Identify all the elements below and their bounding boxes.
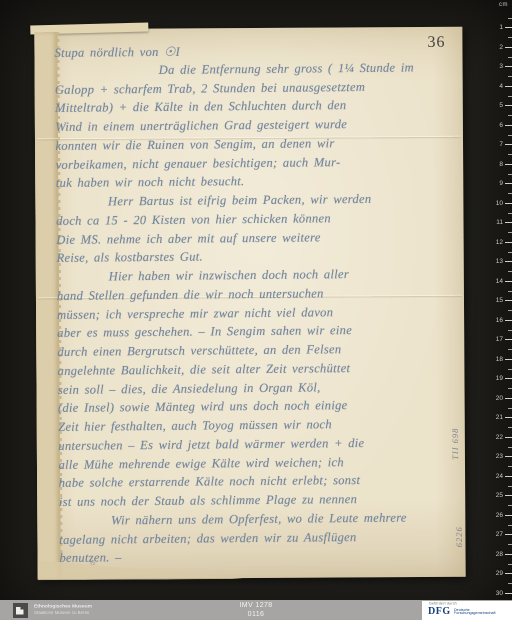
ruler-mark: 11 bbox=[494, 219, 512, 226]
ruler-tick bbox=[505, 593, 512, 594]
ruler-tick bbox=[505, 417, 512, 418]
ruler-number: 4 bbox=[494, 83, 503, 90]
ruler-half-tick bbox=[508, 232, 512, 233]
ruler-mark: 17 bbox=[494, 336, 512, 343]
ruler-tick bbox=[505, 378, 512, 379]
ruler-mark: 21 bbox=[494, 414, 512, 421]
ruler-half-tick bbox=[508, 252, 512, 253]
ruler-tick bbox=[505, 456, 512, 457]
ruler-mark: 7 bbox=[494, 141, 512, 148]
ruler-number: 21 bbox=[494, 414, 503, 421]
ruler-mark: 15 bbox=[494, 297, 512, 304]
ruler-number: 15 bbox=[494, 297, 503, 304]
ruler-half-tick bbox=[508, 447, 512, 448]
ruler-mark: 10 bbox=[494, 200, 512, 207]
ruler-number: 22 bbox=[494, 434, 503, 441]
dfg-logo: DFG Deutsche Forschungsgemeinschaft bbox=[428, 607, 512, 617]
ruler-mark: 8 bbox=[494, 161, 512, 168]
ruler-half-tick bbox=[508, 388, 512, 389]
scan-viewport: 36 Stupa nördlich von ☉IDa die Entfernun… bbox=[0, 0, 512, 620]
ruler-mark: 3 bbox=[494, 63, 512, 70]
ruler-mark: 27 bbox=[494, 531, 512, 538]
ruler-half-tick bbox=[508, 369, 512, 370]
ruler-tick bbox=[505, 534, 512, 535]
ruler-mark: 24 bbox=[494, 473, 512, 480]
ruler-tick bbox=[505, 495, 512, 496]
dfg-panel: Gefördert durch DFG Deutsche Forschungsg… bbox=[422, 601, 512, 620]
ruler-half-tick bbox=[508, 310, 512, 311]
ruler-tick bbox=[505, 125, 512, 126]
ruler-tick bbox=[505, 281, 512, 282]
dfg-name: Deutsche Forschungsgemeinschaft bbox=[454, 609, 496, 615]
ruler-half-tick bbox=[508, 76, 512, 77]
ruler-half-tick bbox=[508, 486, 512, 487]
ruler-half-tick bbox=[508, 505, 512, 506]
ruler-mark: 16 bbox=[494, 317, 512, 324]
ruler-number: 25 bbox=[494, 492, 503, 499]
ruler: cm 1234567891011121314151617181920212223… bbox=[486, 0, 512, 598]
ruler-number: 29 bbox=[494, 570, 503, 577]
ruler-half-tick bbox=[508, 525, 512, 526]
ruler-tick bbox=[505, 203, 512, 204]
ruler-mark: 19 bbox=[494, 375, 512, 382]
ruler-tick bbox=[505, 144, 512, 145]
ruler-tick bbox=[505, 183, 512, 184]
ruler-tick bbox=[505, 164, 512, 165]
ruler-number: 8 bbox=[494, 161, 503, 168]
funding-label: Gefördert durch bbox=[429, 602, 457, 605]
ruler-half-tick bbox=[508, 466, 512, 467]
ruler-number: 24 bbox=[494, 473, 503, 480]
ruler-tick bbox=[505, 339, 512, 340]
ruler-mark: 25 bbox=[494, 492, 512, 499]
ruler-number: 9 bbox=[494, 180, 503, 187]
ruler-mark: 2 bbox=[494, 44, 512, 51]
pencil-note-bottom-left: ½ bbox=[90, 559, 96, 567]
letter-text: Stupa nördlich von ☉IDa die Entfernung s… bbox=[55, 41, 463, 570]
dfg-acronym: DFG bbox=[428, 607, 451, 617]
ruler-tick bbox=[505, 242, 512, 243]
ruler-half-tick bbox=[508, 330, 512, 331]
ruler-mark: 18 bbox=[494, 356, 512, 363]
ruler-tick bbox=[505, 320, 512, 321]
ruler-number: 20 bbox=[494, 395, 503, 402]
ruler-half-tick bbox=[508, 193, 512, 194]
ruler-half-tick bbox=[508, 57, 512, 58]
ruler-mark: 13 bbox=[494, 258, 512, 265]
ruler-tick bbox=[505, 554, 512, 555]
ruler-mark: 22 bbox=[494, 434, 512, 441]
ruler-tick bbox=[505, 515, 512, 516]
ruler-number: 13 bbox=[494, 258, 503, 265]
ruler-number: 19 bbox=[494, 375, 503, 382]
ruler-half-tick bbox=[508, 291, 512, 292]
ruler-tick bbox=[505, 86, 512, 87]
letter-line: benutzen. – bbox=[59, 547, 462, 570]
ruler-number: 27 bbox=[494, 531, 503, 538]
letter-page: 36 Stupa nördlich von ☉IDa die Entfernun… bbox=[34, 27, 465, 580]
ruler-tick bbox=[505, 437, 512, 438]
ruler-mark: 12 bbox=[494, 239, 512, 246]
ruler-mark: 4 bbox=[494, 83, 512, 90]
ruler-tick bbox=[505, 359, 512, 360]
ruler-number: 2 bbox=[494, 44, 503, 51]
ruler-number: 30 bbox=[494, 590, 503, 597]
ruler-mark: 14 bbox=[494, 278, 512, 285]
ruler-mark: 5 bbox=[494, 102, 512, 109]
ruler-half-tick bbox=[508, 18, 512, 19]
ruler-mark: 30 bbox=[494, 590, 512, 597]
ruler-mark: 6 bbox=[494, 122, 512, 129]
ruler-number: 17 bbox=[494, 336, 503, 343]
ruler-number: 28 bbox=[494, 551, 503, 558]
ruler-mark: 1 bbox=[494, 24, 512, 31]
ruler-half-tick bbox=[508, 96, 512, 97]
ruler-half-tick bbox=[508, 135, 512, 136]
ruler-tick bbox=[505, 398, 512, 399]
ruler-tick bbox=[505, 105, 512, 106]
dfg-name-line2: Forschungsgemeinschaft bbox=[454, 611, 496, 615]
pencil-note-right-lower: 6226 bbox=[454, 526, 464, 547]
ruler-number: 18 bbox=[494, 356, 503, 363]
ruler-tick bbox=[505, 261, 512, 262]
ruler-mark: 29 bbox=[494, 570, 512, 577]
ruler-half-tick bbox=[508, 37, 512, 38]
ruler-tick bbox=[505, 47, 512, 48]
ruler-half-tick bbox=[508, 271, 512, 272]
ruler-number: 11 bbox=[494, 219, 503, 226]
ruler-mark: 28 bbox=[494, 551, 512, 558]
pencil-note-right-upper: TII 698 bbox=[450, 428, 460, 460]
ruler-number: 1 bbox=[494, 24, 503, 31]
ruler-half-tick bbox=[508, 174, 512, 175]
ruler-half-tick bbox=[508, 154, 512, 155]
ruler-half-tick bbox=[508, 427, 512, 428]
ruler-number: 26 bbox=[494, 512, 503, 519]
ruler-half-tick bbox=[508, 564, 512, 565]
ruler-number: 5 bbox=[494, 102, 503, 109]
ruler-tick bbox=[505, 27, 512, 28]
ruler-half-tick bbox=[508, 408, 512, 409]
ruler-half-tick bbox=[508, 544, 512, 545]
ruler-mark: 20 bbox=[494, 395, 512, 402]
ruler-tick bbox=[505, 222, 512, 223]
ruler-half-tick bbox=[508, 583, 512, 584]
ruler-tick bbox=[505, 573, 512, 574]
ruler-half-tick bbox=[508, 115, 512, 116]
ruler-mark: 9 bbox=[494, 180, 512, 187]
ruler-number: 7 bbox=[494, 141, 503, 148]
ruler-mark: 26 bbox=[494, 512, 512, 519]
footer-bar: Ethnologisches Museum Staatliche Museen … bbox=[0, 600, 512, 620]
ruler-number: 14 bbox=[494, 278, 503, 285]
ruler-tick bbox=[505, 66, 512, 67]
ruler-number: 3 bbox=[494, 63, 503, 70]
ruler-mark: 23 bbox=[494, 453, 512, 460]
ruler-number: 6 bbox=[494, 122, 503, 129]
ruler-tick bbox=[505, 300, 512, 301]
ruler-half-tick bbox=[508, 349, 512, 350]
ruler-tick bbox=[505, 476, 512, 477]
ruler-number: 10 bbox=[494, 200, 503, 207]
ruler-number: 16 bbox=[494, 317, 503, 324]
ruler-unit-label: cm bbox=[499, 2, 508, 8]
ruler-half-tick bbox=[508, 213, 512, 214]
ruler-number: 12 bbox=[494, 239, 503, 246]
ruler-number: 23 bbox=[494, 453, 503, 460]
